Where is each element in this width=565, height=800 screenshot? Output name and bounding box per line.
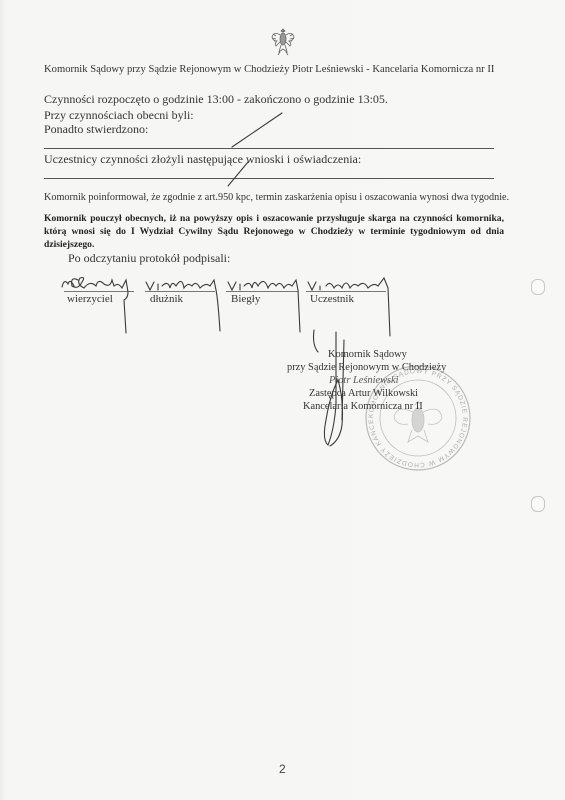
page-number: 2: [279, 762, 286, 776]
document-page: Komornik Sądowy przy Sądzie Rejonowym w …: [0, 0, 565, 800]
stamp-signature: [314, 330, 319, 352]
handwriting-overlay: [0, 0, 565, 800]
signature-participant: [308, 278, 390, 336]
binder-hole: [531, 279, 545, 295]
signature-creditor: [62, 278, 128, 334]
strikeout-mark: [232, 113, 282, 147]
stamp-signature: [324, 332, 344, 446]
signature-expert: [228, 280, 300, 332]
signature-debtor: [146, 280, 220, 331]
binder-hole: [531, 496, 545, 512]
strikeout-mark: [228, 162, 248, 186]
